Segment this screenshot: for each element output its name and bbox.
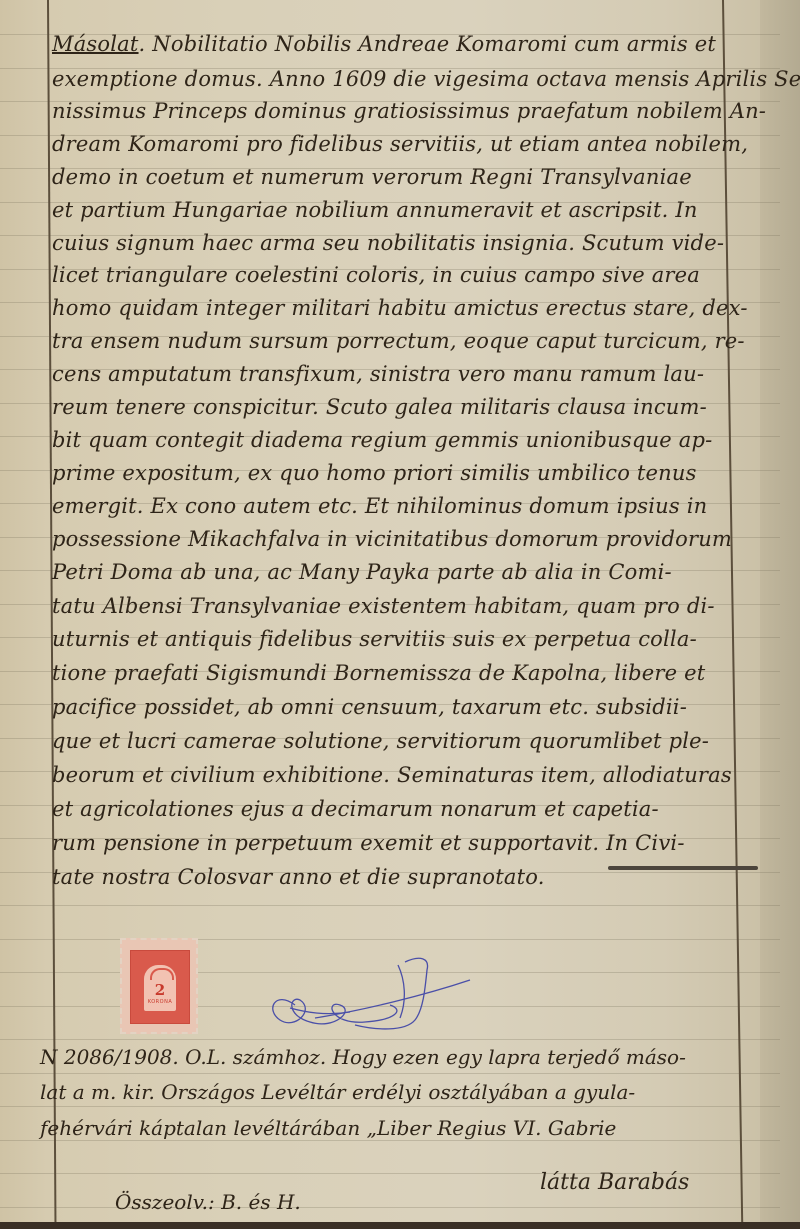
stamp-window: 2 KORONA [144, 965, 176, 1011]
text-line: que et lucri camerae solutione, servitio… [52, 729, 709, 753]
archive-source-line: fehérvári káptalan levéltárában „Liber R… [40, 1116, 616, 1140]
ruled-line [0, 1140, 780, 1141]
text-line: demo in coetum et numerum verorum Regni … [52, 165, 692, 189]
ruled-line [0, 939, 780, 940]
text-line: beorum et civilium exhibitione. Seminatu… [52, 763, 732, 787]
collation-signature: Összeolv.: B. és H. [115, 1190, 301, 1214]
text-line: nissimus Princeps dominus gratiosissimus… [52, 99, 766, 123]
document-title: Másolat [52, 32, 139, 56]
text-line: cens amputatum transfixum, sinistra vero… [52, 362, 704, 386]
stamp-value: 2 [144, 981, 176, 999]
revenue-stamp: 2 KORONA [120, 938, 198, 1034]
text-line: uturnis et antiquis fidelibus servitiis … [52, 627, 697, 651]
closing-line-filler [608, 866, 758, 870]
text-line: reum tenere conspicitur. Scuto galea mil… [52, 395, 707, 419]
text-line: Nobilitatio Nobilis Andreae Komaromi cum… [152, 32, 716, 56]
text-line: tate nostra Colosvar anno et die suprano… [52, 865, 545, 889]
text-line: et partium Hungariae nobilium annumeravi… [52, 198, 698, 222]
text-line: dream Komaromi pro fidelibus servitiis, … [52, 132, 748, 156]
text-line: pacifice possidet, ab omni censuum, taxa… [52, 695, 687, 719]
text-line: tra ensem nudum sursum porrectum, eoque … [52, 329, 745, 353]
ruled-line [0, 1073, 780, 1074]
text-line: Petri Doma ab una, ac Many Payka parte a… [52, 560, 672, 584]
text-line: prime expositum, ex quo homo priori simi… [52, 461, 697, 485]
text-line: tione praefati Sigismundi Bornemissza de… [52, 661, 705, 685]
text-line: cuius signum haec arma seu nobilitatis i… [52, 231, 724, 255]
archive-reference-line: N 2086/1908. O.L. számhoz. Hogy ezen egy… [40, 1045, 686, 1069]
text-line: possessione Mikachfalva in vicinitatibus… [52, 527, 732, 551]
archive-certification-line: lat a m. kir. Országos Levéltár erdélyi … [40, 1080, 635, 1104]
ruled-line [0, 1106, 780, 1107]
text-line: rum pensione in perpetuum exemit et supp… [52, 831, 685, 855]
verifier-signature: látta Barabás [540, 1170, 689, 1195]
text-line: exemptione domus. Anno 1609 die vigesima… [52, 67, 800, 91]
ruled-line [0, 905, 780, 906]
text-line: licet triangulare coelestini coloris, in… [52, 263, 700, 287]
bottom-edge [0, 1222, 800, 1229]
crown-icon [150, 968, 174, 980]
page-edge [760, 0, 800, 1229]
text-line: bit quam contegit diadema regium gemmis … [52, 428, 712, 452]
text-line: homo quidam integer militari habitu amic… [52, 296, 748, 320]
text-line-0: Másolat. Nobilitatio Nobilis Andreae Kom… [52, 32, 716, 56]
text-line: et agricolationes ejus a decimarum nonar… [52, 797, 659, 821]
text-line: emergit. Ex cono autem etc. Et nihilomin… [52, 494, 707, 518]
stamp-unit: KORONA [144, 999, 176, 1005]
text-line: tatu Albensi Transylvaniae existentem ha… [52, 594, 715, 618]
signature-scribble-icon [255, 950, 485, 1040]
stamp-frame: 2 KORONA [130, 950, 190, 1024]
